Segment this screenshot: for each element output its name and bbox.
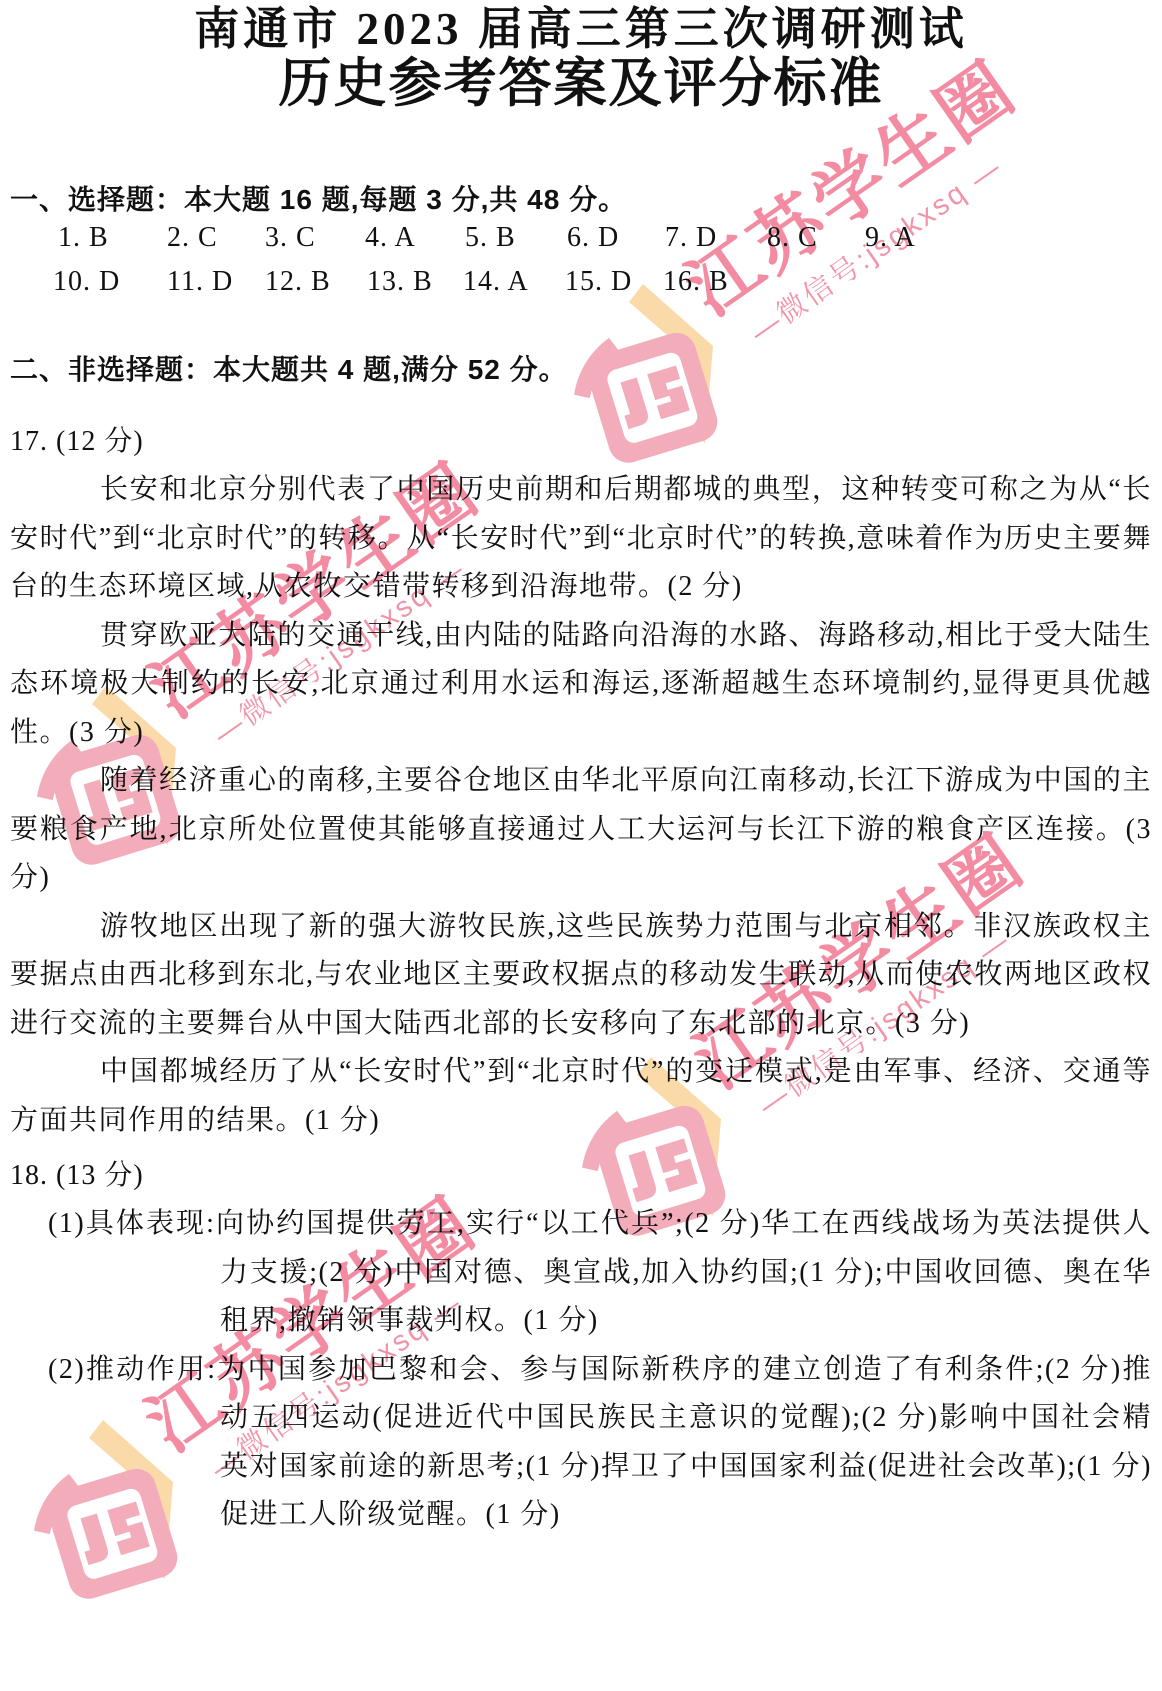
answer-4: 4. A bbox=[365, 222, 416, 254]
question18-label: 18. (13 分) bbox=[10, 1158, 1152, 1194]
answer-3: 3. C bbox=[265, 222, 316, 254]
answer-5: 5. B bbox=[465, 222, 516, 254]
question17-answer-text: 长安和北京分别代表了中国历史前期和后期都城的典型，这种转变可称之为从“长安时代”… bbox=[10, 466, 1152, 1145]
answer-16: 16. B bbox=[663, 266, 729, 298]
scanned-answer-key-page: 江苏学生圈 —微信号:jsgkxsq — 江苏学生圈 —微信号:jsgkxsq … bbox=[0, 0, 1162, 1691]
answer-11: 11. D bbox=[167, 266, 233, 298]
question18-answer-text: (1)具体表现:向协约国提供劳工,实行“以工代兵”;(2 分)华工在西线战场为英… bbox=[10, 1200, 1152, 1540]
section1-heading: 一、选择题：本大题 16 题,每题 3 分,共 48 分。 bbox=[10, 182, 1152, 218]
answer-7: 7. D bbox=[665, 222, 717, 254]
answer-6: 6. D bbox=[567, 222, 619, 254]
q18-item-2: (2)推动作用:为中国参加巴黎和会、参与国际新秩序的建立创造了有利条件;(2 分… bbox=[10, 1346, 1152, 1540]
answer-2: 2. C bbox=[167, 222, 218, 254]
answer-8: 8. C bbox=[767, 222, 818, 254]
document-content: 南通市 2023 届高三第三次调研测试 历史参考答案及评分标准 一、选择题：本大… bbox=[0, 0, 1162, 1691]
question17-label: 17. (12 分) bbox=[10, 424, 1152, 460]
answer-13: 13. B bbox=[367, 266, 433, 298]
answer-10: 10. D bbox=[53, 266, 120, 298]
q17-paragraph: 随着经济重心的南移,主要谷仓地区由华北平原向江南移动,长江下游成为中国的主要粮食… bbox=[10, 757, 1152, 903]
answer-12: 12. B bbox=[265, 266, 331, 298]
mcq-answers-row-1: 1. B 2. C 3. C 4. A 5. B 6. D 7. D 8. C … bbox=[10, 222, 1152, 260]
answer-key-subtitle: 历史参考答案及评分标准 bbox=[10, 52, 1152, 116]
q18-item-1: (1)具体表现:向协约国提供劳工,实行“以工代兵”;(2 分)华工在西线战场为英… bbox=[10, 1200, 1152, 1346]
q17-paragraph: 中国都城经历了从“长安时代”到“北京时代”的变迁模式,是由军事、经济、交通等方面… bbox=[10, 1048, 1152, 1145]
q17-paragraph: 长安和北京分别代表了中国历史前期和后期都城的典型，这种转变可称之为从“长安时代”… bbox=[10, 466, 1152, 612]
section2-heading: 二、非选择题：本大题共 4 题,满分 52 分。 bbox=[10, 352, 1152, 388]
exam-title: 南通市 2023 届高三第三次调研测试 bbox=[10, 2, 1152, 56]
answer-15: 15. D bbox=[565, 266, 632, 298]
q17-paragraph: 游牧地区出现了新的强大游牧民族,这些民族势力范围与北京相邻。非汉族政权主要据点由… bbox=[10, 903, 1152, 1049]
answer-1: 1. B bbox=[58, 222, 109, 254]
answer-9: 9. A bbox=[865, 222, 916, 254]
mcq-answers-row-2: 10. D 11. D 12. B 13. B 14. A 15. D 16. … bbox=[10, 266, 1152, 304]
answer-14: 14. A bbox=[463, 266, 529, 298]
q17-paragraph: 贯穿欧亚大陆的交通干线,由内陆的陆路向沿海的水路、海路移动,相比于受大陆生态环境… bbox=[10, 612, 1152, 758]
